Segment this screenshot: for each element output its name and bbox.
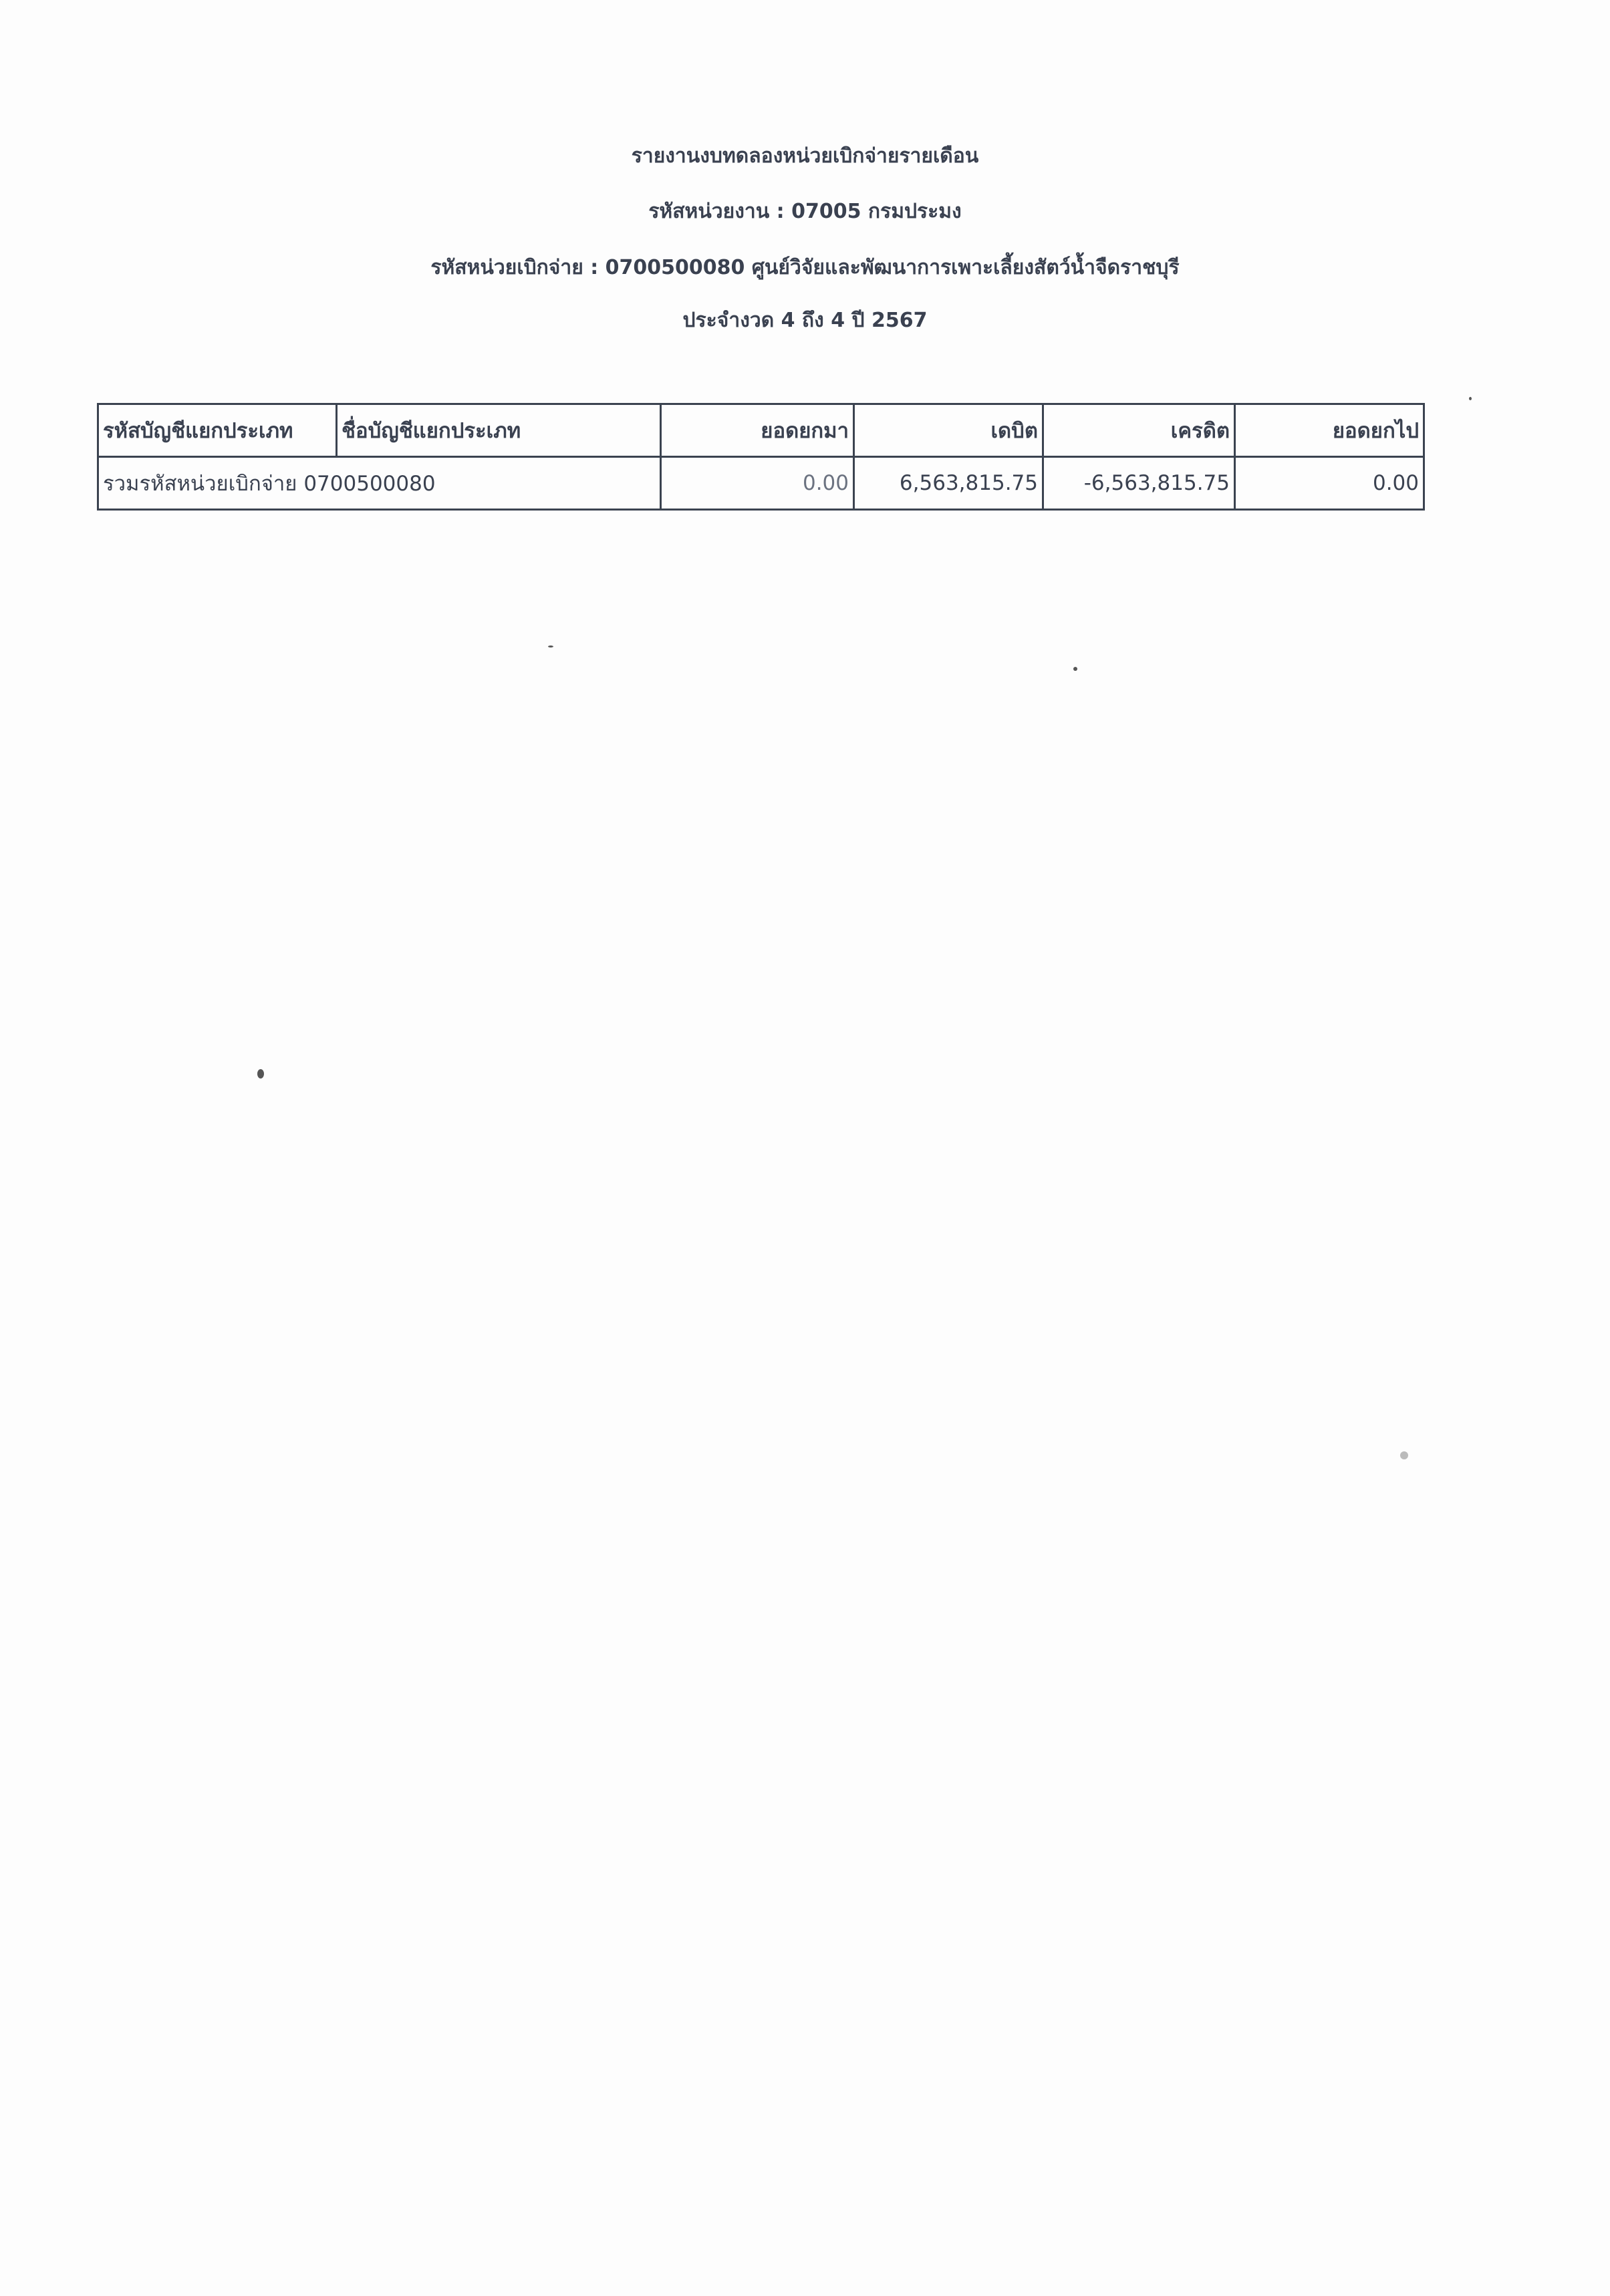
table-row: รวมรหัสหน่วยเบิกจ่าย 0700500080 0.00 6,5… <box>98 457 1424 510</box>
trial-balance-table: รหัสบัญชีแยกประเภท ชื่อบัญชีแยกประเภท ยอ… <box>97 403 1425 511</box>
scan-speck <box>257 1069 264 1079</box>
scan-speck <box>1073 667 1077 671</box>
header-brought-forward: ยอดยกมา <box>661 404 854 457</box>
disbursement-unit-line: รหัสหน่วยเบิกจ่าย : 0700500080 ศูนย์วิจั… <box>0 252 1610 283</box>
period-line: ประจำงวด 4 ถึง 4 ปี 2567 <box>0 305 1610 336</box>
total-label: รวมรหัสหน่วยเบิกจ่าย 0700500080 <box>98 457 661 510</box>
scan-speck <box>1469 397 1472 400</box>
carried-forward-value: 0.00 <box>1235 457 1424 510</box>
brought-forward-value: 0.00 <box>661 457 854 510</box>
agency-line: รหัสหน่วยงาน : 07005 กรมประมง <box>0 196 1610 227</box>
scan-speck <box>548 645 553 648</box>
header-debit: เดบิต <box>854 404 1043 457</box>
header-account-code: รหัสบัญชีแยกประเภท <box>98 404 337 457</box>
debit-value: 6,563,815.75 <box>854 457 1043 510</box>
report-title: รายงานงบทดลองหน่วยเบิกจ่ายรายเดือน <box>0 140 1610 172</box>
table-header-row: รหัสบัญชีแยกประเภท ชื่อบัญชีแยกประเภท ยอ… <box>98 404 1424 457</box>
header-carried-forward: ยอดยกไป <box>1235 404 1424 457</box>
credit-value: -6,563,815.75 <box>1043 457 1235 510</box>
header-account-name: ชื่อบัญชีแยกประเภท <box>337 404 661 457</box>
header-credit: เครดิต <box>1043 404 1235 457</box>
scan-speck <box>1400 1451 1408 1459</box>
